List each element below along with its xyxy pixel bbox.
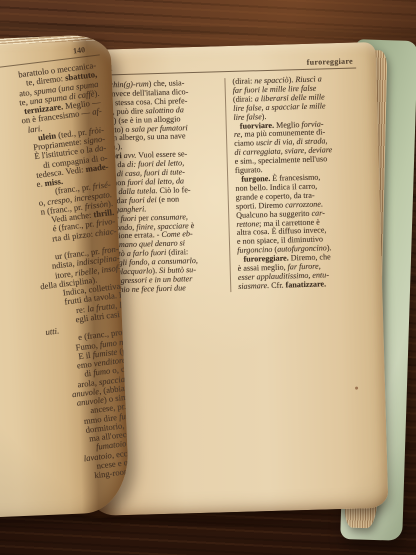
right-page-content: 141 furoreggiare smochin(g)-rum) che, us… [96, 56, 362, 295]
text-column-right: (dirai: ne spacciò). Riuscì afar fuori l… [224, 75, 352, 292]
page-header: 141 furoreggiare [96, 56, 356, 75]
photo-scene: 141 furoreggiare smochin(g)-rum) che, us… [0, 0, 416, 555]
text-line: siasmare. Cfr. fanatizzare. [238, 280, 352, 292]
left-page-number: 140 [73, 45, 86, 55]
running-head: furoreggiare [307, 57, 353, 67]
text-columns: smochin(g)-rum) che, usia-mo invece dell… [96, 74, 362, 295]
left-page-text: barattolo o meccanica-te, diremo: sbattu… [0, 60, 130, 512]
paper-speck [355, 387, 358, 390]
left-page: 140 barattolo o meccanica-te, diremo: sb… [0, 34, 130, 519]
left-page-content: 140 barattolo o meccanica-te, diremo: sb… [0, 43, 130, 512]
